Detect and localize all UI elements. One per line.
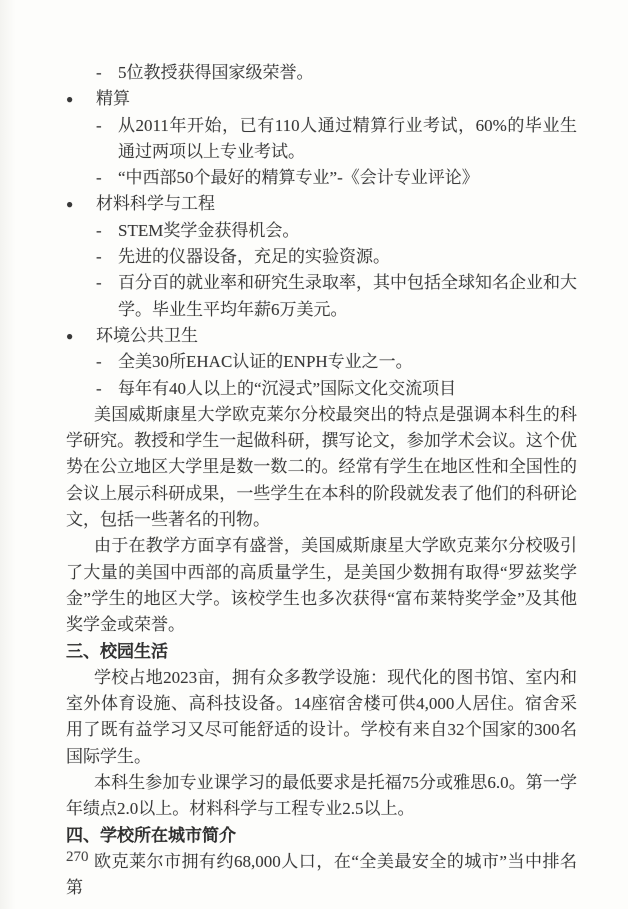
- dash-icon: -: [96, 165, 118, 191]
- sub-item-text: 从2011年开始，已有110人通过精算行业考试，60%的毕业生通过两项以上专业考…: [118, 113, 577, 166]
- sub-item: -5位教授获得国家级荣誉。: [66, 60, 577, 86]
- dash-icon: -: [96, 349, 118, 375]
- page-number: 270: [66, 847, 89, 867]
- bullet-item: ●材料科学与工程: [66, 191, 577, 217]
- paragraph: 美国威斯康星大学欧克莱尔分校最突出的特点是强调本科生的科学研究。教授和学生一起做…: [66, 402, 577, 533]
- bullet-dot-icon: ●: [66, 323, 96, 349]
- sub-item-text: 全美30所EHAC认证的ENPH专业之一。: [118, 349, 577, 375]
- bullet-item: ●环境公共卫生: [66, 323, 577, 349]
- sub-item: -全美30所EHAC认证的ENPH专业之一。: [66, 349, 577, 375]
- paragraph: 学校占地2023亩，拥有众多教学设施：现代化的图书馆、室内和室外体育设施、高科技…: [66, 665, 577, 770]
- bullet-label: 精算: [96, 86, 577, 112]
- sub-item-text: 每年有40人以上的“沉浸式”国际文化交流项目: [118, 376, 577, 402]
- sub-item-text: “中西部50个最好的精算专业”-《会计专业评论》: [118, 165, 577, 191]
- dash-icon: -: [96, 113, 118, 139]
- document-content: -5位教授获得国家级荣誉。●精算-从2011年开始，已有110人通过精算行业考试…: [66, 60, 577, 902]
- bullet-label: 材料科学与工程: [96, 191, 577, 217]
- sub-item: -“中西部50个最好的精算专业”-《会计专业评论》: [66, 165, 577, 191]
- dash-icon: -: [96, 60, 118, 86]
- paragraph: 欧克莱尔市拥有约68,000人口，在“全美最安全的城市”当中排名第: [66, 849, 577, 902]
- dash-icon: -: [96, 270, 118, 296]
- bullet-dot-icon: ●: [66, 191, 96, 217]
- sub-item: -从2011年开始，已有110人通过精算行业考试，60%的毕业生通过两项以上专业…: [66, 113, 577, 166]
- sub-item: -每年有40人以上的“沉浸式”国际文化交流项目: [66, 376, 577, 402]
- sub-item-text: 百分百的就业率和研究生录取率，其中包括全球知名企业和大学。毕业生平均年薪6万美元…: [118, 270, 577, 323]
- dash-icon: -: [96, 244, 118, 270]
- sub-item: -STEM奖学金获得机会。: [66, 218, 577, 244]
- document-page: -5位教授获得国家级荣誉。●精算-从2011年开始，已有110人通过精算行业考试…: [0, 0, 628, 909]
- sub-item-text: 5位教授获得国家级荣誉。: [118, 60, 577, 86]
- sub-item: -先进的仪器设备，充足的实验资源。: [66, 244, 577, 270]
- paragraph: 本科生参加专业课学习的最低要求是托福75分或雅思6.0。第一学年绩点2.0以上。…: [66, 770, 577, 823]
- bullet-item: ●精算: [66, 86, 577, 112]
- sub-item-text: 先进的仪器设备，充足的实验资源。: [118, 244, 577, 270]
- dash-icon: -: [96, 376, 118, 402]
- section-heading: 三、校园生活: [66, 639, 577, 665]
- sub-item: -百分百的就业率和研究生录取率，其中包括全球知名企业和大学。毕业生平均年薪6万美…: [66, 270, 577, 323]
- section-heading: 四、学校所在城市简介: [66, 823, 577, 849]
- paragraph: 由于在教学方面享有盛誉，美国威斯康星大学欧克莱尔分校吸引了大量的美国中西部的高质…: [66, 533, 577, 638]
- bullet-label: 环境公共卫生: [96, 323, 577, 349]
- bullet-dot-icon: ●: [66, 86, 96, 112]
- sub-item-text: STEM奖学金获得机会。: [118, 218, 577, 244]
- dash-icon: -: [96, 218, 118, 244]
